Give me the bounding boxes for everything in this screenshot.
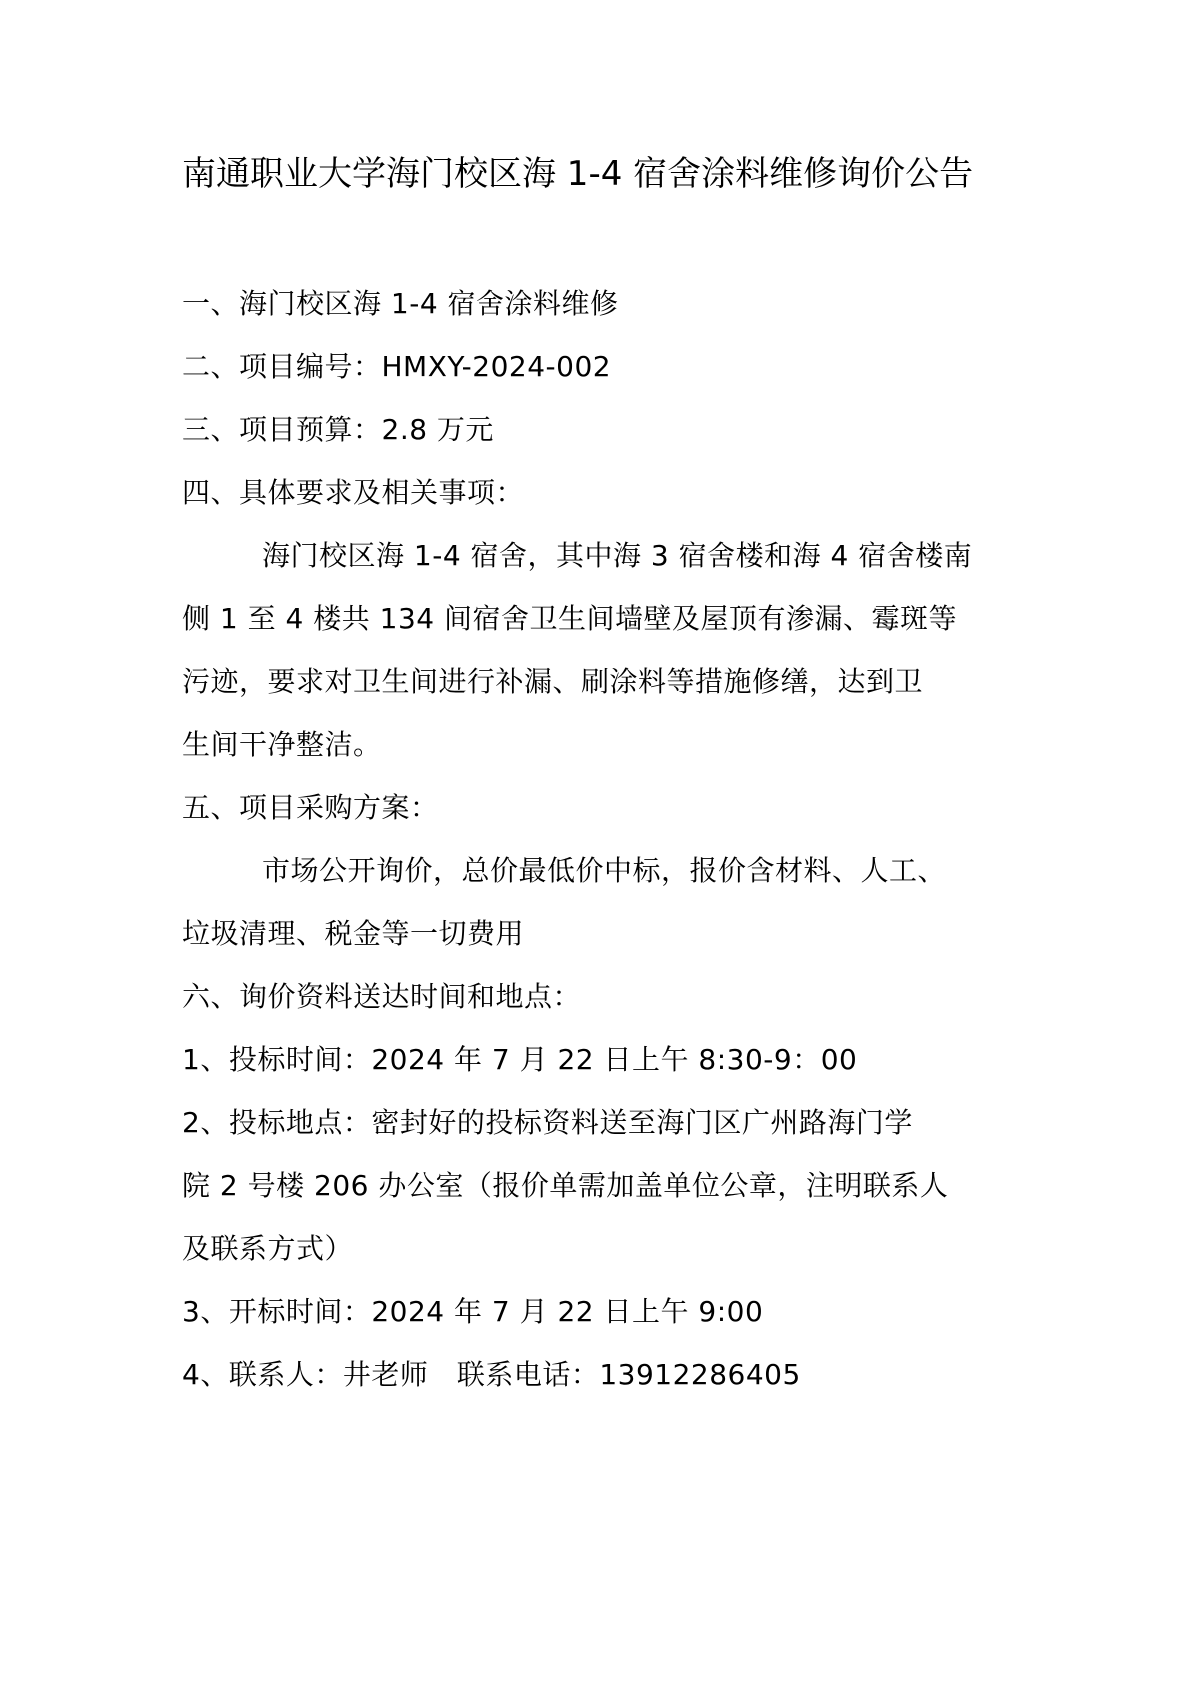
section-6-heading: 六、询价资料送达时间和地点： xyxy=(182,977,581,1017)
section-4-body-line: 海门校区海 1-4 宿舍，其中海 3 宿舍楼和海 4 宿舍楼南 xyxy=(262,536,972,576)
section-4-body-line: 污迹，要求对卫生间进行补漏、刷涂料等措施修缮，达到卫 xyxy=(182,662,923,702)
section-4-body-line: 生间干净整洁。 xyxy=(182,725,382,765)
document-page: 南通职业大学海门校区海 1-4 宿舍涂料维修询价公告 一、海门校区海 1-4 宿… xyxy=(0,0,1191,1684)
section-5-body-line: 垃圾清理、税金等一切费用 xyxy=(182,914,524,954)
bid-location-line: 2、投标地点：密封好的投标资料送至海门区广州路海门学 xyxy=(182,1103,913,1143)
section-5-body-line: 市场公开询价，总价最低价中标，报价含材料、人工、 xyxy=(262,851,946,891)
section-2-project-number: 二、项目编号：HMXY-2024-002 xyxy=(182,347,611,387)
bid-location-line: 及联系方式） xyxy=(182,1229,353,1269)
opening-time: 3、开标时间：2024 年 7 月 22 日上午 9:00 xyxy=(182,1292,763,1332)
section-4-heading: 四、具体要求及相关事项： xyxy=(182,473,524,513)
bid-time: 1、投标时间：2024 年 7 月 22 日上午 8:30-9：00 xyxy=(182,1040,857,1080)
bid-location-line: 院 2 号楼 206 办公室（报价单需加盖单位公章，注明联系人 xyxy=(182,1166,948,1206)
section-4-body-line: 侧 1 至 4 楼共 134 间宿舍卫生间墙壁及屋顶有渗漏、霉斑等 xyxy=(182,599,957,639)
section-3-budget: 三、项目预算：2.8 万元 xyxy=(182,410,494,450)
page-title: 南通职业大学海门校区海 1-4 宿舍涂料维修询价公告 xyxy=(182,152,973,196)
section-5-heading: 五、项目采购方案： xyxy=(182,788,439,828)
section-1-project-name: 一、海门校区海 1-4 宿舍涂料维修 xyxy=(182,284,619,324)
contact-info: 4、联系人：井老师 联系电话：13912286405 xyxy=(182,1355,801,1395)
